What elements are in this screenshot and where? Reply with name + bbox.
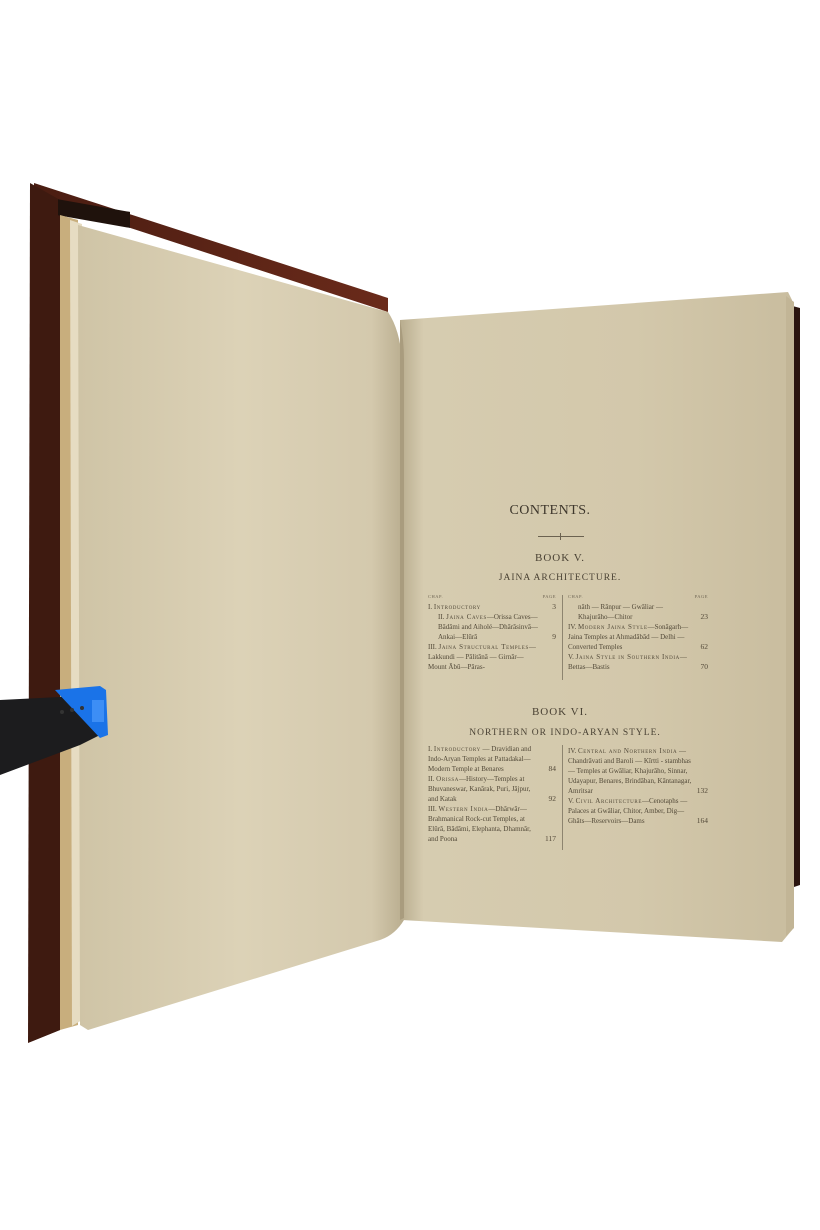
toc-entry[interactable]: II. Orissa—History—Temples at Bhuvaneswa… [428,774,556,804]
toc-entry[interactable]: IV. Modern Jaina Style—Sonāgarh—Jaina Te… [568,622,708,652]
column-divider [562,745,563,850]
toc-entry[interactable]: I. Introductory 3 [428,602,556,612]
book-v-left-column: CHAP. PAGE I. Introductory 3 II. Jaina C… [428,592,556,672]
ornament-divider [538,536,584,537]
book-v-heading: BOOK V. [480,552,640,564]
book-v-subheading: JAINA ARCHITECTURE. [460,573,660,583]
left-page-block [60,215,404,1030]
toc-entry[interactable]: V. Civil Architecture—Cenotaphs — Palace… [568,796,708,826]
toc-entry[interactable]: III. Western India—Dhārwār—Brahmanical R… [428,804,556,844]
column-header: CHAP. PAGE [428,592,556,602]
toc-entry[interactable]: nāth — Rānpur — Gwāliar — Khajurāho—Chit… [568,602,708,622]
book-vi-left-column: I. Introductory — Dravidian and Indo-Ary… [428,744,556,844]
book-vi-subheading: NORTHERN OR INDO-ARYAN STYLE. [455,728,675,738]
column-header: CHAP. PAGE [568,592,708,602]
column-divider [562,595,563,680]
toc-entry[interactable]: I. Introductory — Dravidian and Indo-Ary… [428,744,556,774]
toc-entry[interactable]: V. Jaina Style in Southern India—Bettas—… [568,652,708,672]
toc-entry[interactable]: IV. Central and Northern India — Chandrā… [568,746,708,796]
page-title: CONTENTS. [470,503,630,519]
toc-entry[interactable]: II. Jaina Caves—Orissa Caves—Bādāmi and … [428,612,556,642]
book-vi-heading: BOOK VI. [480,706,640,718]
book-vi-right-column: IV. Central and Northern India — Chandrā… [568,746,708,826]
toc-entry[interactable]: III. Jaina Structural Temples— Lakkundi … [428,642,556,672]
photo-scene: CONTENTS. BOOK V. JAINA ARCHITECTURE. CH… [0,0,820,1230]
book-v-right-column: CHAP. PAGE nāth — Rānpur — Gwāliar — Kha… [568,592,708,672]
